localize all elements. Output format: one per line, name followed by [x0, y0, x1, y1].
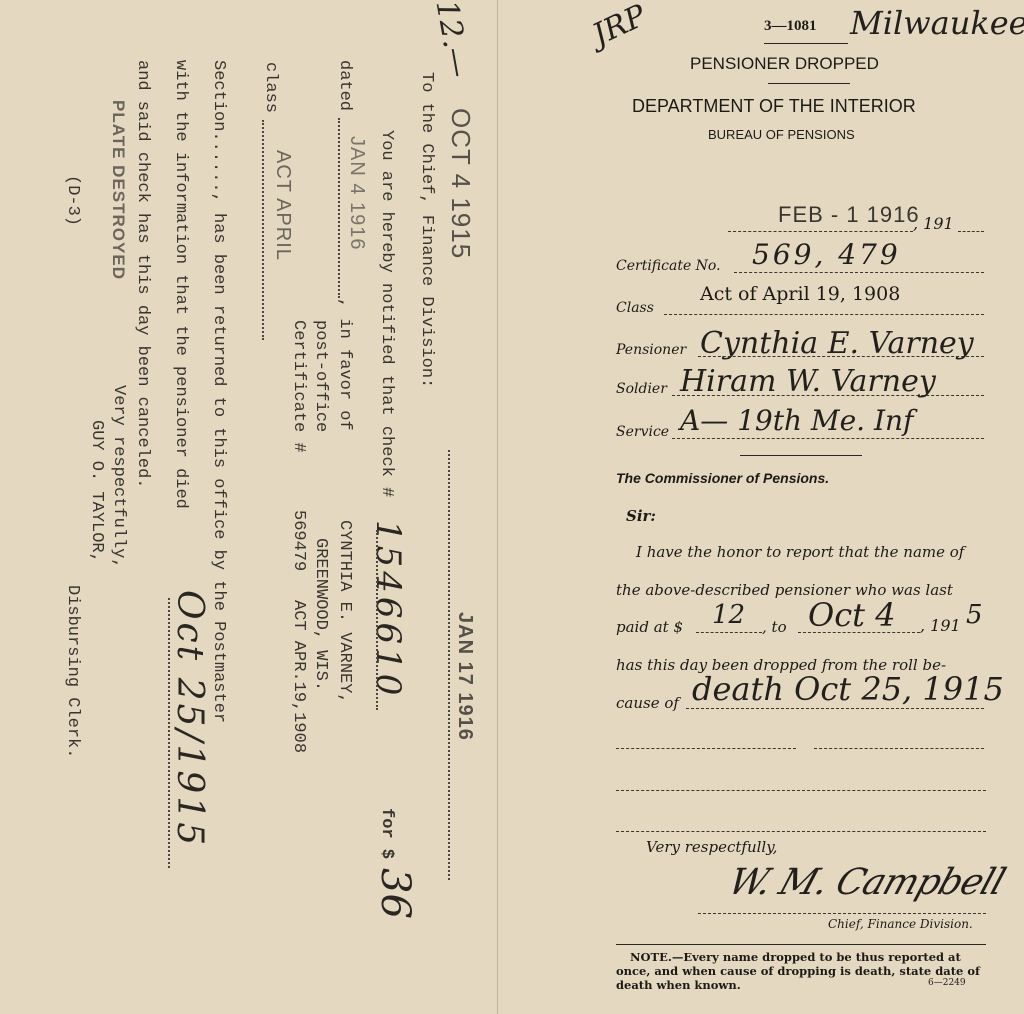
post-office-label: post-office — [311, 320, 330, 432]
plate-destroyed-stamp: PLATE DESTROYED — [108, 100, 128, 280]
class-value: Act of April 19, 1908 — [700, 283, 900, 305]
to-label: , to — [762, 618, 787, 636]
certificate-act: ACT APR.19,1908 — [289, 600, 308, 753]
handwritten-initials: JRP — [587, 0, 651, 53]
footer-code: 6—2249 — [928, 978, 966, 988]
closing: Very respectfully, — [109, 385, 128, 569]
blank-line — [814, 748, 984, 749]
signature-line — [698, 913, 986, 914]
certificate-label: Certificate # — [289, 320, 308, 453]
signer-title: Chief, Finance Division. — [828, 917, 973, 931]
in-favor-label: , in favor of — [335, 298, 354, 431]
class-label: class — [261, 62, 280, 113]
salutation: To the Chief, Finance Division: — [417, 72, 436, 388]
service-label: Service — [616, 424, 669, 440]
payee-name: CYNTHIA E. VARNEY, — [335, 520, 354, 704]
year-value: 5 — [966, 600, 983, 630]
year-label: , 191 — [920, 616, 961, 635]
form-code: (D-3) — [63, 175, 82, 226]
info-line: with the information that the pensioner … — [171, 60, 190, 509]
section-line: Section......, has been returned to this… — [209, 60, 228, 723]
dotted-line — [376, 530, 378, 710]
stamp-last-paid: OCT 4 1915 — [445, 108, 476, 259]
check-number: 1546610 — [368, 520, 408, 699]
rule — [764, 43, 848, 44]
closing: Very respectfully, — [646, 838, 777, 856]
field-line — [698, 356, 984, 357]
field-line — [664, 314, 984, 315]
dotted-line — [262, 120, 264, 340]
check-amount: 36 — [372, 868, 418, 919]
rule — [768, 83, 850, 84]
died-date: Oct 25/1915 — [169, 590, 210, 848]
disbursing-clerk-notice: 12.— OCT 4 1915 JAN 17 1916 To the Chief… — [50, 0, 490, 1000]
addressee: The Commissioner of Pensions. — [616, 470, 829, 486]
note-body: NOTE.—Every name dropped to be thus repo… — [616, 950, 980, 992]
class-label: Class — [616, 300, 654, 316]
field-line — [798, 632, 920, 633]
body-line-1: I have the honor to report that the name… — [636, 543, 964, 561]
to-value: Oct 4 — [808, 596, 896, 634]
fold-line — [497, 0, 498, 1014]
certificate-value: 569, 479 — [752, 238, 901, 271]
date-line — [728, 231, 913, 232]
canceled-line: and said check has this day been cancele… — [133, 60, 152, 488]
body-line-2: the above-described pensioner who was la… — [616, 581, 953, 599]
signer-name: GUY O. TAYLOR, — [87, 420, 106, 563]
field-line — [686, 708, 984, 709]
date-stamp: FEB - 1 1916 — [778, 202, 920, 228]
for-label: for $ — [377, 808, 396, 859]
department-heading: DEPARTMENT OF THE INTERIOR — [632, 96, 916, 117]
dated-stamp: JAN 4 1916 — [345, 136, 368, 251]
blank-line — [616, 790, 986, 791]
date-line — [958, 231, 984, 232]
form-title: PENSIONER DROPPED — [690, 54, 879, 74]
pensioner-dropped-form: JRP 3—1081 Milwaukee PENSIONER DROPPED D… — [600, 0, 1024, 1014]
date-suffix: , 191 — [913, 214, 954, 233]
notice-line-1: You are hereby notified that check # — [377, 130, 396, 497]
scanned-document: 12.— OCT 4 1915 JAN 17 1916 To the Chief… — [0, 0, 1024, 1014]
bureau-heading: BUREAU OF PENSIONS — [708, 127, 855, 142]
chief-signature: W. M. Campbell — [723, 862, 1009, 903]
handwritten-city: Milwaukee — [850, 4, 1024, 42]
certificate-label: Certificate No. — [616, 258, 721, 274]
field-line — [672, 395, 984, 396]
stamp-received: JAN 17 1916 — [453, 612, 476, 741]
signer-title: Disbursing Clerk. — [63, 585, 82, 758]
field-line — [672, 438, 984, 439]
paid-value: 12 — [712, 600, 745, 630]
field-line — [734, 272, 984, 273]
dotted-line — [448, 450, 450, 880]
blank-line — [616, 831, 986, 832]
service-value: A— 19th Me. Inf — [680, 404, 913, 437]
dotted-line — [168, 598, 170, 868]
dotted-line — [338, 118, 340, 298]
blank-line — [616, 748, 796, 749]
class-stamp: ACT APRIL — [271, 150, 294, 261]
note-divider — [616, 944, 986, 945]
rule — [740, 455, 862, 456]
soldier-value: Hiram W. Varney — [680, 364, 936, 399]
soldier-label: Soldier — [616, 381, 667, 397]
paid-label: paid at $ — [616, 618, 683, 636]
post-office-value: GREENWOOD, WIS. — [311, 538, 330, 691]
cause-value: death Oct 25, 1915 — [692, 670, 1004, 708]
dated-label: dated — [335, 60, 354, 111]
field-line — [696, 632, 762, 633]
cause-label: cause of — [616, 694, 679, 712]
certificate-value: 569479 — [289, 510, 308, 571]
pensioner-label: Pensioner — [616, 342, 686, 358]
handwritten-rate: 12.— — [429, 0, 477, 80]
salutation-sir: Sir: — [626, 507, 656, 525]
form-number: 3—1081 — [764, 18, 817, 35]
